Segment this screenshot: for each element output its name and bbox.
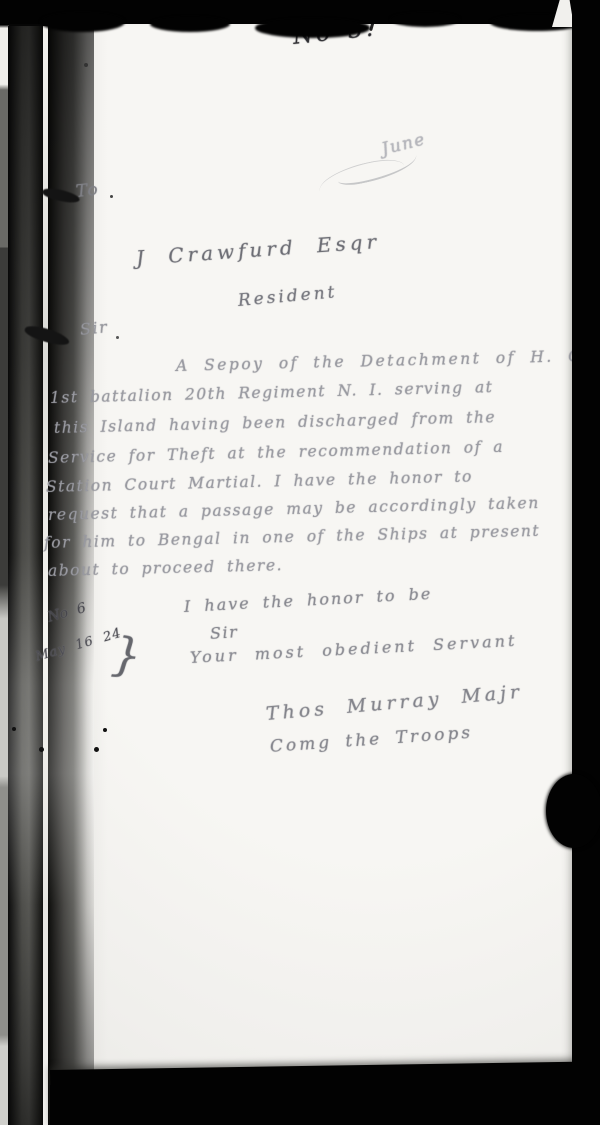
ink-speck [84, 63, 88, 67]
ink-speck [12, 727, 16, 731]
salutation: Sir [79, 317, 109, 339]
ink-speck [110, 195, 113, 198]
scan-border-blob [255, 18, 370, 38]
scan-right-border [572, 0, 600, 1125]
ink-speck [94, 747, 99, 752]
scan-border-blob [40, 12, 125, 32]
ink-speck [116, 336, 119, 339]
scan-border-blob [150, 16, 230, 32]
gutter-band-outer [8, 26, 43, 1125]
margin-brace-flourish: } [109, 626, 145, 683]
scan-border-blob [390, 12, 460, 27]
closing-line: Sir [209, 622, 238, 643]
scanned-letter-page: No 3. June To J Crawfurd Esqr Resident S… [0, 0, 600, 1125]
ink-speck [103, 728, 107, 732]
film-notch [546, 774, 600, 848]
scan-bottom-border [50, 1085, 600, 1125]
ink-speck [39, 747, 44, 752]
